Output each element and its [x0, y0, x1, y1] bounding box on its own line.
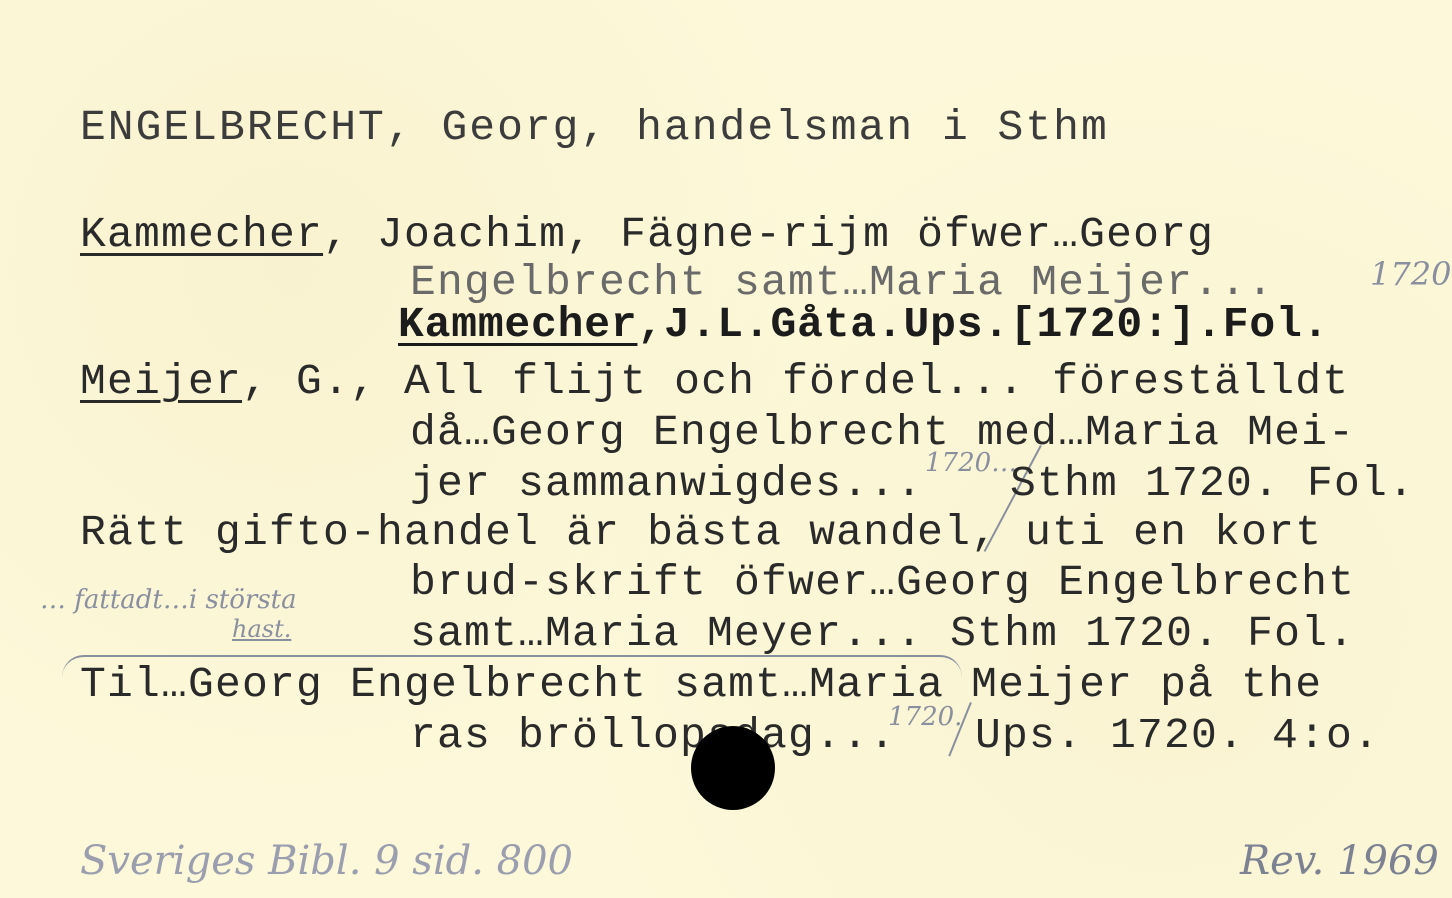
pencil-note-fattadt: … fattadt…i största: [40, 585, 297, 615]
entry-gifto-line3: samt…Maria Meyer... Sthm 1720. Fol.: [410, 609, 1355, 659]
entry-til-line3: Ups. 1720. 4:o.: [975, 711, 1380, 761]
entry-gifto-line2: brud-skrift öfwer…Georg Engelbrecht: [410, 558, 1355, 608]
entry-kammecher-line1: Kammecher, Joachim, Fägne-rijm öfwer…Geo…: [80, 210, 1214, 260]
entry-kammecher-line3: Kammecher,J.L.Gåta.Ups.[1720:].Fol.: [398, 300, 1329, 350]
entry-til-line2: ras bröllopsdag...: [410, 711, 896, 761]
heading-surname: ENGELBRECHT: [80, 103, 386, 152]
entry-til-title: Til…Georg Engelbrecht samt…Maria Meijer …: [80, 660, 1322, 710]
entry-meijer-line4: Sthm 1720. Fol.: [1010, 459, 1415, 509]
entry-author: Kammecher: [80, 210, 323, 259]
pencil-note-year: 1720.: [1370, 255, 1452, 293]
footer-pencil-revision: Rev. 1969: [1240, 838, 1439, 884]
entry-meijer-line1: Meijer, G., All flijt och fördel... före…: [80, 357, 1349, 407]
punch-hole: [691, 726, 775, 810]
pencil-note-year: 1720…: [925, 448, 1017, 478]
footer-pencil-reference: Sveriges Bibl. 9 sid. 800: [80, 838, 573, 884]
catalog-card: ENGELBRECHT, Georg, handelsman i Sthm Ka…: [0, 0, 1452, 898]
entry-gifto-title: Rätt gifto-handel är bästa wandel, uti e…: [80, 508, 1322, 558]
pencil-note-hast: hast.: [232, 615, 291, 643]
pencil-note-year: 1720.: [888, 702, 962, 732]
entry-author: Meijer: [80, 357, 242, 406]
entry-meijer-line2: då…Georg Engelbrecht med…Maria Mei-: [410, 408, 1355, 458]
heading-rest: , Georg, handelsman i Sthm: [386, 103, 1109, 152]
card-heading: ENGELBRECHT, Georg, handelsman i Sthm: [80, 103, 1109, 153]
entry-meijer-line3: jer sammanwigdes...: [410, 459, 923, 509]
